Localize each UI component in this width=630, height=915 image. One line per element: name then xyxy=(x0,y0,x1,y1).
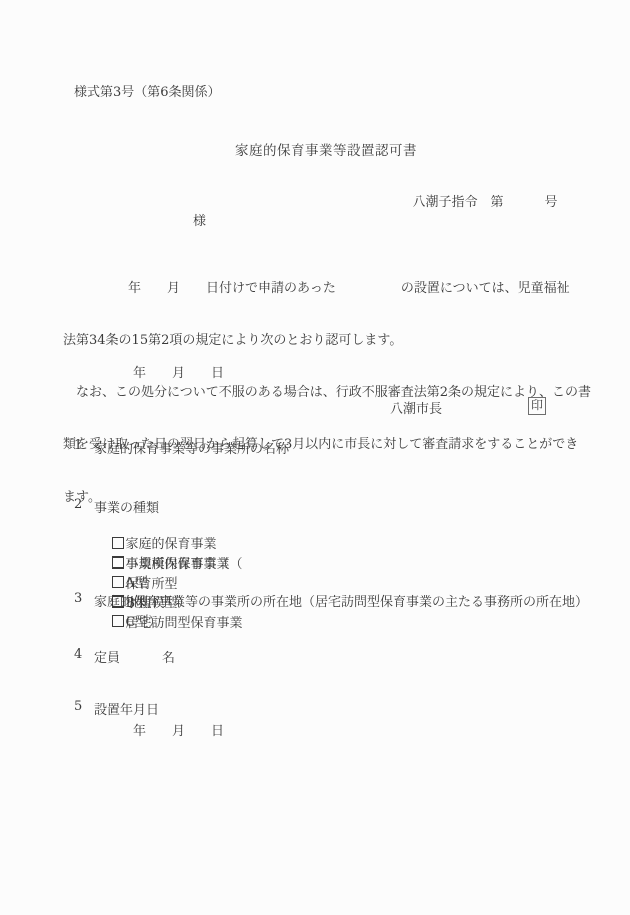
seal-stamp-icon: 印 xyxy=(528,397,546,415)
section-4-capacity: 4定員名 xyxy=(74,647,175,666)
checkbox-option: 居宅訪問型保育事業 xyxy=(112,612,243,631)
section-number: 3 xyxy=(74,591,94,610)
body-line: 法第34条の15第2項の規定により次のとおり認可します。 xyxy=(63,332,575,349)
section-1-business-name: 1家庭的保育事業等の事業所の名称 xyxy=(74,438,289,457)
directive-prefix: 八潮子指令 第 xyxy=(413,195,504,210)
checkbox-icon xyxy=(112,615,124,627)
section-number: 4 xyxy=(74,647,94,666)
section-3-business-address: 3家庭的保育事業等の事業所の所在地（居宅訪問型保育事業の主たる事務所の所在地） xyxy=(74,591,588,610)
checkbox-label: 居宅訪問型保育事業 xyxy=(126,612,243,631)
addressee-honorific: 様 xyxy=(193,210,206,229)
section-number: 1 xyxy=(74,438,94,457)
checkbox-label: 事業所内保育事業（ xyxy=(126,553,243,572)
capacity-unit: 名 xyxy=(162,647,175,666)
section-title: 家庭的保育事業等の事業所の名称 xyxy=(94,438,289,457)
section-2-business-type: 2事業の種類 xyxy=(74,497,159,516)
checkbox-option: 事業所内保育事業（ xyxy=(112,553,243,572)
mayor-signature: 八潮市長 xyxy=(390,398,442,417)
directive-suffix: 号 xyxy=(545,195,558,210)
section-5-establishment-date: 5設置年月日 xyxy=(74,699,159,718)
body-line: なお、この処分について不服のある場合は、行政不服審査法第2条の規定により、この書 xyxy=(63,384,575,401)
establishment-date-line: 年 月 日 xyxy=(133,720,224,739)
directive-number-line: 八潮子指令 第号 xyxy=(396,176,558,225)
section-number: 2 xyxy=(74,497,94,516)
section-number: 5 xyxy=(74,699,94,718)
body-line: 年 月 日付けで申請のあった の設置については、児童福祉 xyxy=(63,280,575,297)
section-title: 定員 xyxy=(94,647,120,666)
checkbox-option: 保育所型 xyxy=(112,573,178,592)
section-title: 設置年月日 xyxy=(94,699,159,718)
section-title: 事業の種類 xyxy=(94,497,159,516)
document-page: 様式第3号（第6条関係） 家庭的保育事業等設置認可書 八潮子指令 第号 様 年 … xyxy=(0,0,630,915)
document-title: 家庭的保育事業等設置認可書 xyxy=(22,139,630,159)
issue-date-line: 年 月 日 xyxy=(133,362,224,381)
checkbox-icon xyxy=(112,557,124,569)
section-title: 家庭的保育事業等の事業所の所在地（居宅訪問型保育事業の主たる事務所の所在地） xyxy=(94,591,588,610)
checkbox-icon xyxy=(112,576,124,588)
checkbox-label: 保育所型 xyxy=(126,573,178,592)
form-number: 様式第3号（第6条関係） xyxy=(74,81,221,100)
